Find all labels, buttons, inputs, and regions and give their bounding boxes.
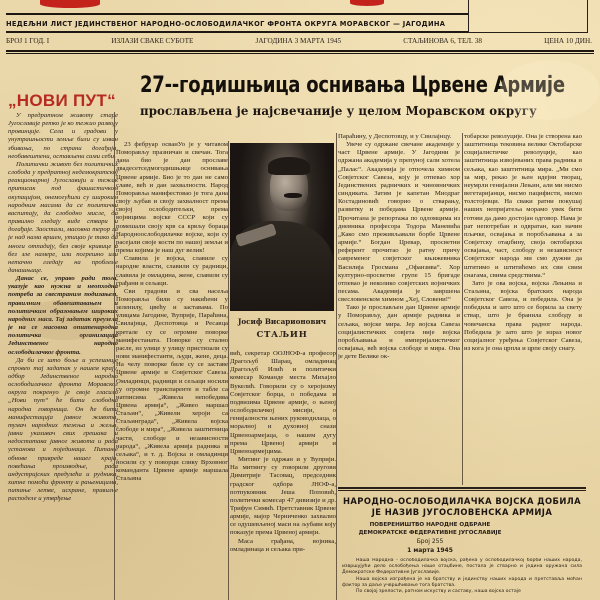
declaration-date: 1 марта 1945 — [340, 547, 520, 554]
masthead-corner-box — [468, 0, 588, 33]
declaration-paragraph: Наша Народна - ослободилачка војска, рађ… — [342, 558, 582, 577]
main-subheadline: прослављена је најсвечаније у целом Мора… — [140, 104, 571, 118]
article-paragraph: Тако је прослављен дан Црвене армије у П… — [338, 304, 460, 361]
article-column-1: 23 фебруар осванУо је у читавом Поморављ… — [116, 141, 228, 600]
office-address: СТАЉИНОВА 6, ТЕЛ. 38 — [403, 37, 482, 45]
article-paragraph: тобарске револуције. Она је створена као… — [464, 133, 582, 280]
declaration-body: Наша Народна - ослободилачка војска, рађ… — [342, 558, 582, 600]
editorial-paragraph: Политички живот без политичких слобода у… — [8, 161, 118, 275]
column-divider — [114, 112, 115, 600]
price: ЦЕНА 10 ДИН. — [544, 37, 592, 45]
declaration-paragraph: По својој зрелости, ратном искуству и са… — [342, 589, 582, 595]
photo-caption-name: Јосиф Висарионович — [230, 317, 334, 326]
column-divider — [462, 133, 463, 485]
declaration-rule-thin — [338, 490, 586, 491]
article-paragraph: Сви градови и сва насеља Поморавља били … — [116, 288, 228, 484]
column-divider — [228, 141, 229, 600]
photo-caption-surname: СТАЉИН — [230, 330, 334, 340]
editorial-paragraph: Да би се што боље и успешније спровео та… — [8, 357, 118, 504]
declaration-number: Број 255 — [340, 538, 520, 545]
article-paragraph: Параћину, у Деспотовцу, и у Свилајнцу. — [338, 133, 460, 141]
issue-info-bar: БРОЈ 1 ГОД. I ИЗЛАЗИ СВАКЕ СУБОТЕ ЈАГОДИ… — [6, 34, 592, 48]
paper-stain — [20, 300, 110, 340]
paper-stain — [500, 60, 600, 120]
article-paragraph: Митинг је одржан и у Ћуприји. На митингу… — [230, 456, 336, 538]
publication-frequency: ИЗЛАЗИ СВАКЕ СУБОТЕ — [111, 37, 193, 45]
article-paragraph: 23 фебруар осванУо је у читавом Поморављ… — [116, 141, 228, 255]
article-paragraph: вић, секретар ООЈНОФ-а професор Драгољуб… — [230, 350, 336, 456]
masthead-tagline: НЕДЕЉНИ ЛИСТ ЈЕДИНСТВЕНОГ НАРОДНО-ОСЛОБО… — [6, 16, 436, 30]
place-and-date: ЈАГОДИНА 3 МАРТА 1945 — [256, 37, 342, 45]
masthead-title-fragment-right — [350, 0, 384, 6]
article-column-2: вић, секретар ООЈНОФ-а професор Драгољуб… — [230, 350, 336, 600]
photo-moustache — [284, 193, 302, 198]
issue-number: БРОЈ 1 ГОД. I — [6, 37, 49, 45]
photo-hair — [268, 157, 310, 175]
masthead-rule-top — [6, 13, 468, 15]
article-paragraph: Зато је ова војска, војска Лењина и Стаљ… — [464, 280, 582, 353]
article-paragraph: Увече су одржане свечане академије у час… — [338, 141, 460, 304]
stalin-portrait-photo — [230, 143, 334, 311]
declaration-paragraph: Наша војска изграђена је на братству и ј… — [342, 577, 582, 589]
declaration-issuer-line1: ПОВЕРЕНИШТВО НАРОДНЕ ОДБРАНЕ — [340, 522, 520, 530]
declaration-issuer-line2: ДЕМОКРАТСКЕ ФЕДЕРАТИВНЕ ЈУГОСЛАВИЈЕ — [340, 530, 520, 538]
article-paragraph: Славила је војска, славиле су народне вл… — [116, 255, 228, 288]
article-paragraph: Маса грађана, војника, омладинаца и сеља… — [230, 538, 336, 554]
main-headline: 27--годишњица оснивања Црвене Армије — [140, 72, 492, 98]
column-divider — [336, 133, 337, 600]
article-column-4: тобарске револуције. Она је створена као… — [464, 133, 582, 483]
masthead-title-fragment-left — [40, 0, 100, 8]
masthead-rule-bottom — [6, 31, 468, 33]
infobar-rule — [6, 50, 594, 52]
article-column-3: Параћину, у Деспотовцу, и у Свилајнцу. У… — [338, 133, 460, 485]
editorial-paragraph: У предратном животу старе Југославије ре… — [8, 112, 118, 161]
declaration-rule — [338, 487, 586, 489]
editorial-title: „НОВИ ПУТ“ — [8, 91, 120, 111]
declaration-headline-line2: ЈЕ НАЗИВ ЈУГОСЛОВЕНСКА АРМИЈА — [340, 507, 584, 518]
editorial-column: У предратном животу старе Југославије ре… — [8, 112, 118, 600]
declaration-issuer: ПОВЕРЕНИШТВО НАРОДНЕ ОДБРАНЕ ДЕМОКРАТСКЕ… — [340, 522, 520, 537]
declaration-headline: НАРОДНО-ОСЛОБОДИЛАЧКА ВОЈСКА ДОБИЛА ЈЕ Н… — [340, 496, 584, 518]
declaration-headline-line1: НАРОДНО-ОСЛОБОДИЛАЧКА ВОЈСКА ДОБИЛА — [340, 496, 584, 507]
infobar-rule-thin — [6, 53, 594, 54]
